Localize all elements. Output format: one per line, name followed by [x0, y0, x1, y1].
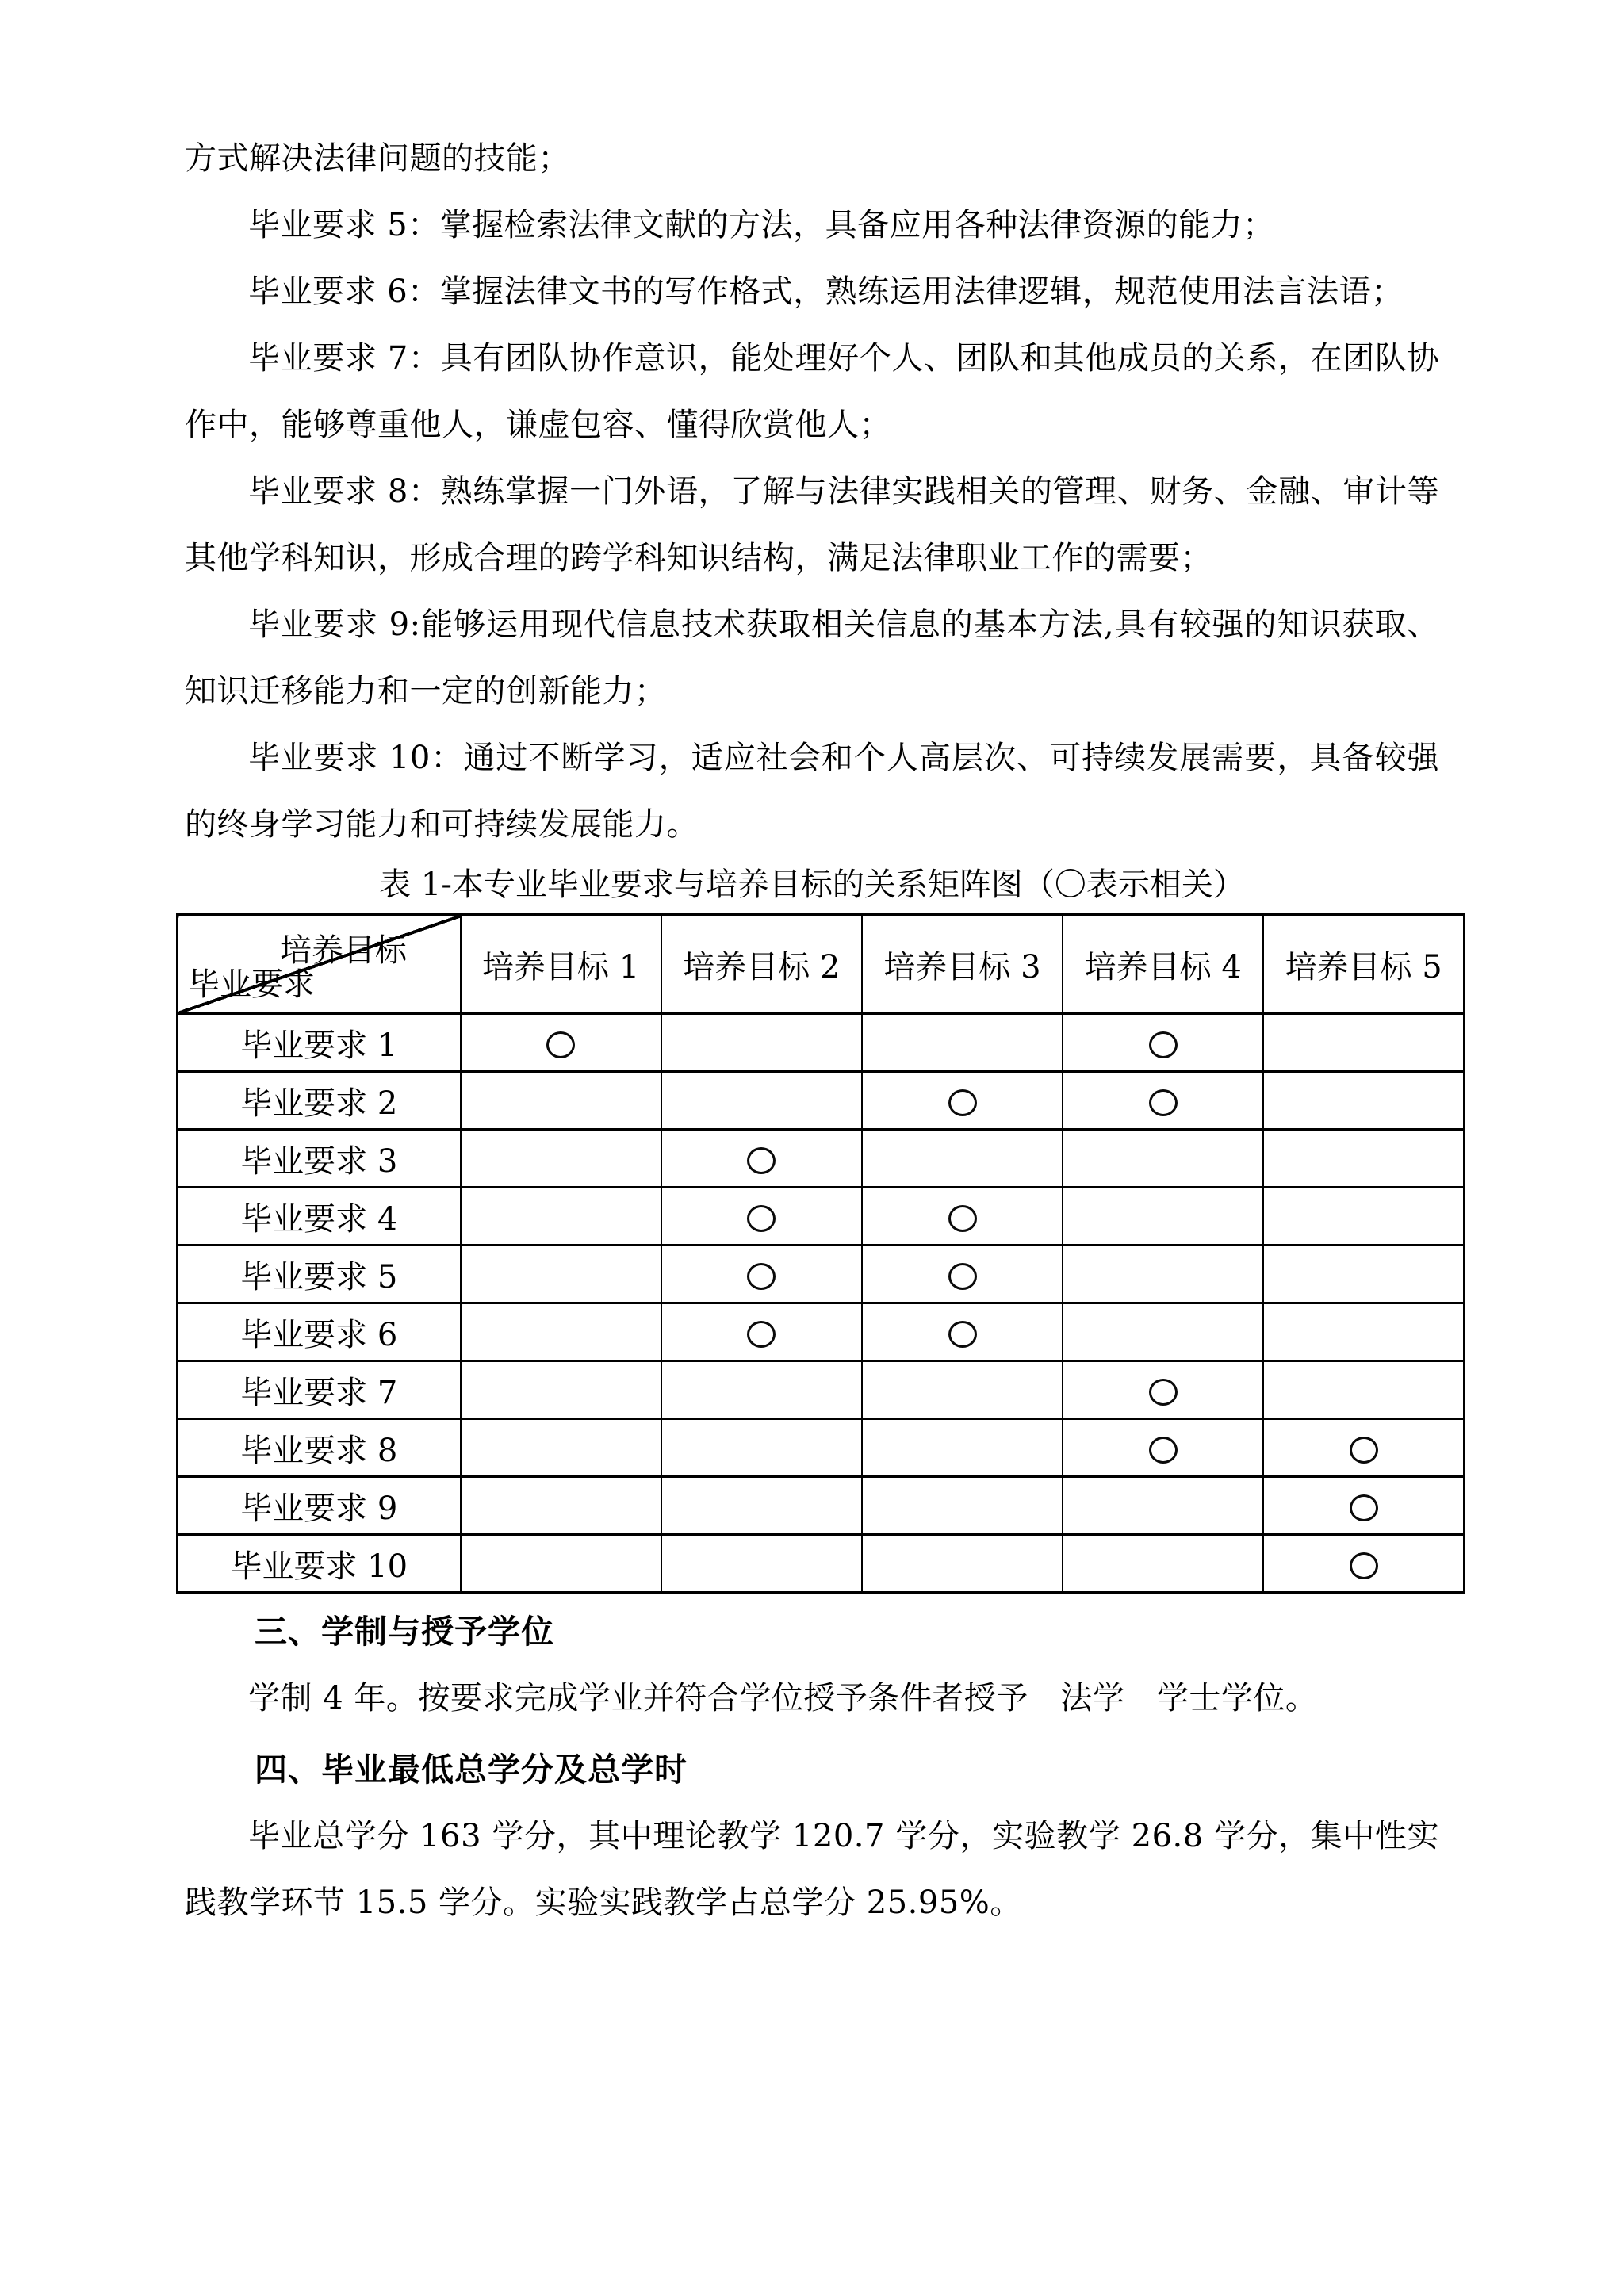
matrix-cell — [862, 1246, 1063, 1303]
matrix-cell — [862, 1419, 1063, 1477]
matrix-cell — [1063, 1419, 1263, 1477]
row-label: 毕业要求 1 — [178, 1014, 461, 1072]
paragraph-credits: 毕业总学分 163 学分，其中理论教学 120.7 学分，实验教学 26.8 学… — [185, 1803, 1439, 1936]
matrix-cell — [461, 1419, 661, 1477]
table-row: 毕业要求 9 — [178, 1477, 1465, 1535]
relation-mark-icon — [1149, 1379, 1178, 1406]
row-label: 毕业要求 8 — [178, 1419, 461, 1477]
table-row: 毕业要求 5 — [178, 1246, 1465, 1303]
section-heading-4: 四、毕业最低总学分及总学时 — [185, 1736, 1439, 1803]
matrix-cell — [1063, 1477, 1263, 1535]
column-header-objective-3: 培养目标 3 — [862, 915, 1063, 1014]
relation-mark-icon — [948, 1205, 977, 1232]
table-header-row: 培养目标 毕业要求 培养目标 1 培养目标 2 培养目标 3 培养目标 4 培养… — [178, 915, 1465, 1014]
paragraph-requirement-8: 毕业要求 8：熟练掌握一门外语，了解与法律实践相关的管理、财务、金融、审计等其他… — [185, 458, 1439, 591]
paragraph-requirement-5: 毕业要求 5：掌握检索法律文献的方法，具备应用各种法律资源的能力； — [185, 192, 1439, 258]
relation-mark-icon — [948, 1321, 977, 1348]
relation-mark-icon — [1149, 1437, 1178, 1464]
table-row: 毕业要求 3 — [178, 1130, 1465, 1188]
table-caption: 表 1-本专业毕业要求与培养目标的关系矩阵图（〇表示相关） — [185, 858, 1439, 912]
matrix-cell — [661, 1246, 862, 1303]
relation-mark-icon — [747, 1147, 776, 1174]
relation-mark-icon — [1350, 1494, 1378, 1521]
matrix-cell — [1063, 1246, 1263, 1303]
matrix-cell — [461, 1535, 661, 1593]
table-row: 毕业要求 1 — [178, 1014, 1465, 1072]
relation-mark-icon — [948, 1263, 977, 1290]
document-page: 方式解决法律问题的技能； 毕业要求 5：掌握检索法律文献的方法，具备应用各种法律… — [0, 0, 1624, 2296]
matrix-cell — [661, 1130, 862, 1188]
matrix-cell — [1263, 1130, 1464, 1188]
matrix-cell — [1063, 1072, 1263, 1130]
matrix-cell — [1063, 1303, 1263, 1361]
column-header-objective-2: 培养目标 2 — [661, 915, 862, 1014]
relation-mark-icon — [1350, 1552, 1378, 1579]
matrix-cell — [461, 1188, 661, 1246]
relation-mark-icon — [1149, 1089, 1178, 1116]
column-header-objective-5: 培养目标 5 — [1263, 915, 1464, 1014]
corner-cell: 培养目标 毕业要求 — [178, 915, 461, 1014]
row-label: 毕业要求 3 — [178, 1130, 461, 1188]
matrix-cell — [1263, 1072, 1464, 1130]
corner-label-requirements: 毕业要求 — [188, 959, 315, 1004]
matrix-cell — [1063, 1535, 1263, 1593]
relation-mark-icon — [1149, 1031, 1178, 1058]
matrix-cell — [1263, 1014, 1464, 1072]
relation-mark-icon — [948, 1089, 977, 1116]
matrix-cell — [661, 1477, 862, 1535]
matrix-cell — [661, 1535, 862, 1593]
matrix-cell — [1263, 1535, 1464, 1593]
matrix-cell — [461, 1361, 661, 1419]
relation-mark-icon — [747, 1263, 776, 1290]
table-row: 毕业要求 4 — [178, 1188, 1465, 1246]
matrix-cell — [461, 1014, 661, 1072]
column-header-objective-4: 培养目标 4 — [1063, 915, 1263, 1014]
paragraph-requirement-10: 毕业要求 10：通过不断学习，适应社会和个人高层次、可持续发展需要，具备较强的终… — [185, 725, 1439, 858]
matrix-cell — [661, 1188, 862, 1246]
matrix-cell — [1263, 1477, 1464, 1535]
row-label: 毕业要求 5 — [178, 1246, 461, 1303]
matrix-cell — [461, 1246, 661, 1303]
row-label: 毕业要求 7 — [178, 1361, 461, 1419]
matrix-cell — [1063, 1130, 1263, 1188]
paragraph-continuation: 方式解决法律问题的技能； — [185, 125, 1439, 192]
matrix-cell — [1263, 1419, 1464, 1477]
row-label: 毕业要求 6 — [178, 1303, 461, 1361]
matrix-cell — [661, 1014, 862, 1072]
paragraph-requirement-6: 毕业要求 6：掌握法律文书的写作格式，熟练运用法律逻辑，规范使用法言法语； — [185, 258, 1439, 325]
row-label: 毕业要求 4 — [178, 1188, 461, 1246]
relation-mark-icon — [747, 1321, 776, 1348]
matrix-cell — [1263, 1246, 1464, 1303]
table-row: 毕业要求 8 — [178, 1419, 1465, 1477]
matrix-cell — [461, 1303, 661, 1361]
matrix-cell — [862, 1188, 1063, 1246]
column-header-objective-1: 培养目标 1 — [461, 915, 661, 1014]
row-label: 毕业要求 2 — [178, 1072, 461, 1130]
matrix-cell — [862, 1014, 1063, 1072]
relation-mark-icon — [546, 1031, 575, 1058]
paragraph-degree: 学制 4 年。按要求完成学业并符合学位授予条件者授予 法学 学士学位。 — [185, 1665, 1439, 1732]
matrix-cell — [1063, 1188, 1263, 1246]
matrix-cell — [862, 1072, 1063, 1130]
relation-mark-icon — [1350, 1437, 1378, 1464]
matrix-cell — [461, 1072, 661, 1130]
matrix-cell — [862, 1361, 1063, 1419]
paragraph-requirement-9: 毕业要求 9:能够运用现代信息技术获取相关信息的基本方法,具有较强的知识获取、知… — [185, 591, 1439, 725]
matrix-cell — [862, 1303, 1063, 1361]
matrix-cell — [661, 1361, 862, 1419]
section-heading-3: 三、学制与授予学位 — [185, 1598, 1439, 1665]
matrix-cell — [461, 1477, 661, 1535]
relation-matrix-table: 培养目标 毕业要求 培养目标 1 培养目标 2 培养目标 3 培养目标 4 培养… — [176, 913, 1465, 1594]
table-row: 毕业要求 10 — [178, 1535, 1465, 1593]
matrix-cell — [862, 1130, 1063, 1188]
matrix-cell — [862, 1535, 1063, 1593]
matrix-cell — [1263, 1188, 1464, 1246]
matrix-cell — [862, 1477, 1063, 1535]
matrix-cell — [1063, 1361, 1263, 1419]
paragraph-requirement-7: 毕业要求 7：具有团队协作意识，能处理好个人、团队和其他成员的关系，在团队协作中… — [185, 325, 1439, 458]
matrix-cell — [1263, 1303, 1464, 1361]
table-row: 毕业要求 2 — [178, 1072, 1465, 1130]
matrix-cell — [1063, 1014, 1263, 1072]
matrix-cell — [461, 1130, 661, 1188]
matrix-cell — [1263, 1361, 1464, 1419]
table-row: 毕业要求 6 — [178, 1303, 1465, 1361]
matrix-cell — [661, 1072, 862, 1130]
row-label: 毕业要求 10 — [178, 1535, 461, 1593]
matrix-cell — [661, 1419, 862, 1477]
relation-mark-icon — [747, 1205, 776, 1232]
row-label: 毕业要求 9 — [178, 1477, 461, 1535]
matrix-cell — [661, 1303, 862, 1361]
table-row: 毕业要求 7 — [178, 1361, 1465, 1419]
